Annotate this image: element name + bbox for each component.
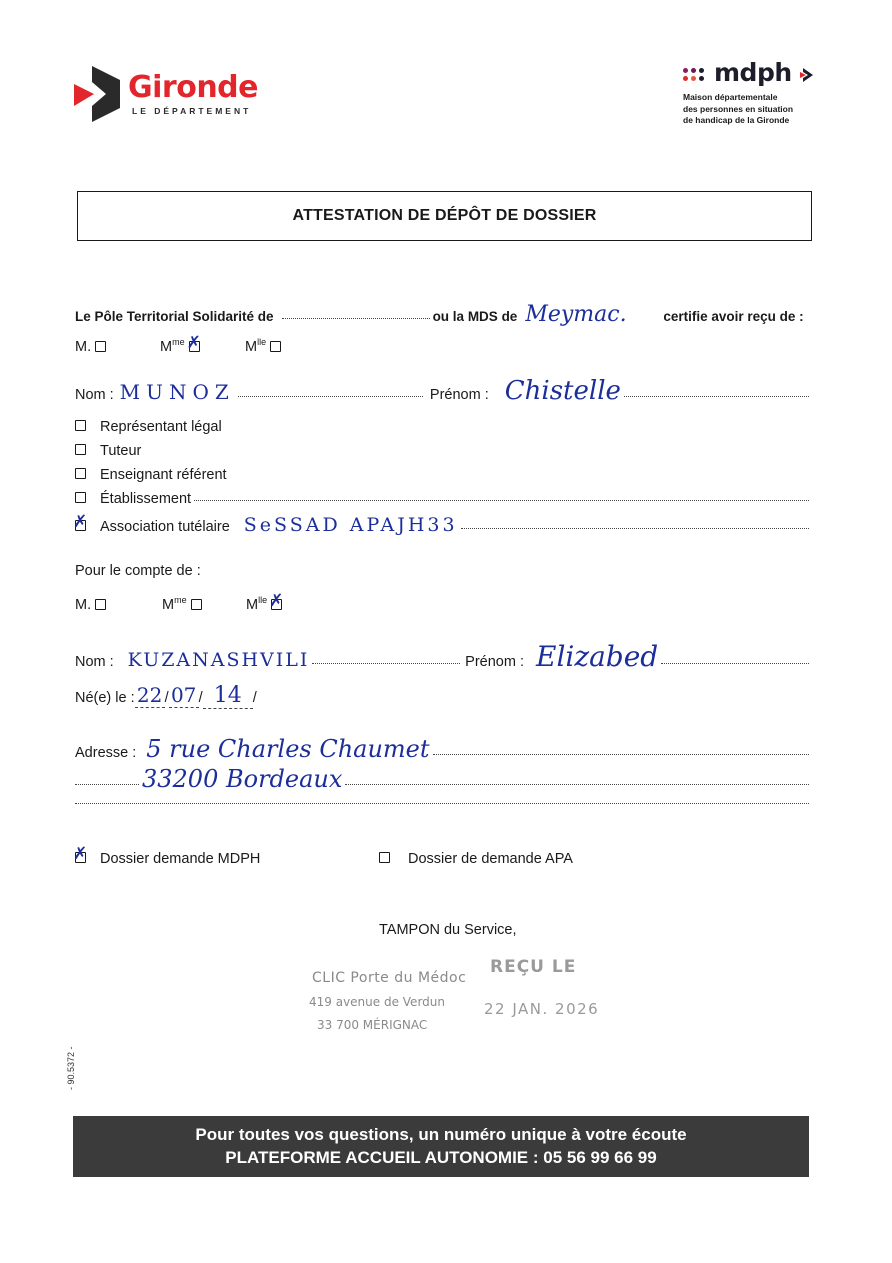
checkbox-mlle[interactable] [270, 341, 281, 352]
stamp-org-city: 33 700 MÉRIGNAC [317, 1018, 427, 1032]
role-representant[interactable]: Représentant légal [75, 419, 812, 435]
birth-year[interactable]: 14 [203, 683, 253, 709]
stamp-received-date: 22 JAN. 2026 [484, 1000, 599, 1018]
address-dots-1 [433, 754, 809, 755]
nom-field[interactable]: MUNOZ [120, 380, 235, 404]
reference-code: - 90.5372 - [66, 1046, 76, 1090]
address-row-3 [75, 805, 812, 806]
checkbox-mme[interactable] [189, 341, 200, 352]
ben-prenom-dots [661, 663, 809, 664]
ben-nom-label: Nom : [75, 654, 114, 670]
gironde-subtitle: LE DÉPARTEMENT [132, 106, 251, 116]
address-row-2: 33200 Bordeaux [75, 765, 812, 793]
checkbox-etablissement[interactable] [75, 492, 86, 503]
nom-label: Nom : [75, 387, 114, 403]
checkbox-association[interactable] [75, 520, 86, 531]
birth-day[interactable]: 22 [135, 683, 165, 708]
address-line-3[interactable] [75, 803, 809, 804]
mdph-wordmark: mdph [714, 58, 792, 87]
ben-nom-field[interactable]: KUZANASHVILI [128, 649, 310, 671]
address-row-1: Adresse : 5 rue Charles Chaumet [75, 735, 812, 763]
ben-civility-mlle[interactable]: Mlle [246, 595, 282, 613]
beneficiary-civility: M. Mme Mlle [75, 595, 812, 613]
civility-mme[interactable]: Mme [160, 337, 245, 355]
etablissement-field[interactable] [194, 500, 809, 501]
prenom-field[interactable]: Chistelle [505, 376, 621, 406]
document-title: ATTESTATION DE DÉPÔT DE DOSSIER [293, 207, 597, 225]
ben-checkbox-m[interactable] [95, 599, 106, 610]
stamp-org-street: 419 avenue de Verdun [309, 995, 445, 1009]
mdph-arrow-icon [800, 68, 814, 82]
certify-label: certifie avoir reçu de : [663, 309, 803, 324]
civility-m[interactable]: M. [75, 339, 160, 355]
role-association[interactable]: Association tutélaire SeSSAD APAJH33 [75, 514, 812, 536]
address-line-1[interactable]: 5 rue Charles Chaumet [146, 735, 429, 763]
pole-field[interactable] [282, 318, 430, 319]
ben-civility-mme[interactable]: Mme [162, 595, 246, 613]
mdph-dots-icon [683, 68, 711, 84]
intro-row: Le Pôle Territorial Solidarité de ou la … [75, 302, 812, 327]
gironde-logo: Gironde LE DÉPARTEMENT [74, 66, 274, 124]
address-dots-2 [345, 784, 809, 785]
role-tuteur[interactable]: Tuteur [75, 443, 812, 459]
ben-nom-dots [312, 663, 460, 664]
ben-civility-m[interactable]: M. [75, 597, 162, 613]
mdph-description: Maison départementale des personnes en s… [683, 92, 833, 127]
association-dots [461, 528, 809, 529]
role-enseignant[interactable]: Enseignant référent [75, 467, 812, 483]
ben-prenom-label: Prénom : [465, 654, 524, 670]
document-title-box: ATTESTATION DE DÉPÔT DE DOSSIER [77, 191, 812, 241]
dossier-types: Dossier demande MDPH Dossier de demande … [75, 851, 812, 867]
birth-month[interactable]: 07 [169, 683, 199, 708]
birth-label: Né(e) le : [75, 690, 135, 706]
role-etablissement[interactable]: Établissement [75, 491, 812, 507]
beneficiary-name-row: Nom : KUZANASHVILI Prénom : Elizabed [75, 640, 812, 673]
checkbox-representant[interactable] [75, 420, 86, 431]
checkbox-enseignant[interactable] [75, 468, 86, 479]
checkbox-dossier-apa[interactable] [379, 852, 390, 863]
beneficiary-heading: Pour le compte de : [75, 563, 812, 579]
prenom-dots [624, 396, 809, 397]
civility-mlle[interactable]: Mlle [245, 337, 281, 355]
footer-line-2: PLATEFORME ACCUEIL AUTONOMIE : 05 56 99 … [73, 1146, 809, 1169]
association-field[interactable]: SeSSAD APAJH33 [244, 514, 458, 536]
gironde-name: Gironde [128, 70, 258, 105]
birthdate-row: Né(e) le : 22/ 07/ 14/ [75, 683, 812, 709]
address-line-2[interactable]: 33200 Bordeaux [142, 765, 342, 793]
nom-dots [238, 396, 423, 397]
stamp-org-name: CLIC Porte du Médoc [312, 970, 466, 986]
checkbox-dossier-mdph[interactable] [75, 852, 86, 863]
ben-prenom-field[interactable]: Elizabed [536, 640, 658, 673]
mdph-logo: mdph Maison départementale des personnes… [683, 62, 833, 134]
dossier-mdph[interactable]: Dossier demande MDPH [75, 851, 379, 867]
mds-field[interactable]: Meymac. [525, 302, 663, 327]
mds-label: ou la MDS de [433, 309, 518, 324]
stamp-received-label: REÇU LE [490, 957, 576, 977]
depositor-name-row: Nom : MUNOZ Prénom : Chistelle [75, 376, 812, 406]
address-label: Adresse : [75, 745, 136, 761]
depositor-civility: M. Mme Mlle [75, 337, 812, 355]
stamp-heading: TAMPON du Service, [379, 922, 517, 938]
footer-banner: Pour toutes vos questions, un numéro uni… [73, 1116, 809, 1177]
footer-line-1: Pour toutes vos questions, un numéro uni… [73, 1123, 809, 1146]
dossier-apa[interactable]: Dossier de demande APA [379, 851, 573, 867]
pole-label: Le Pôle Territorial Solidarité de [75, 309, 274, 324]
checkbox-tuteur[interactable] [75, 444, 86, 455]
gironde-chevron-icon [74, 66, 126, 122]
prenom-label: Prénom : [430, 387, 489, 403]
ben-checkbox-mlle[interactable] [271, 599, 282, 610]
checkbox-m[interactable] [95, 341, 106, 352]
ben-checkbox-mme[interactable] [191, 599, 202, 610]
